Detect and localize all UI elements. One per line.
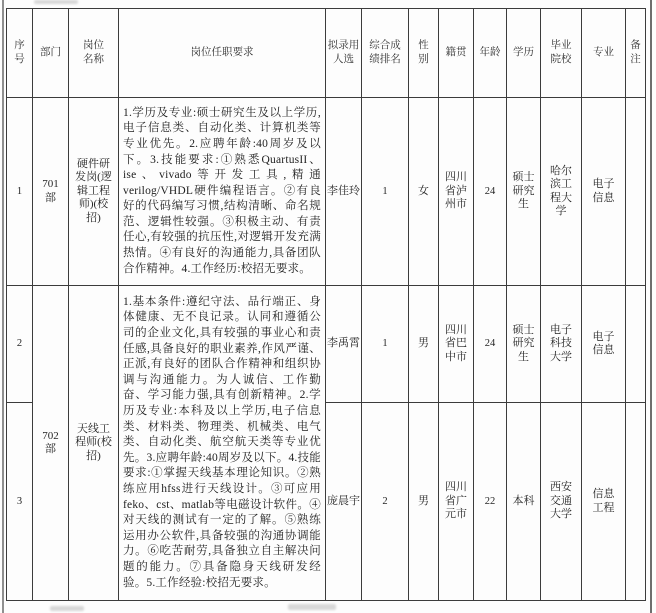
cell-position: 硬件研发岗(逻辑工程师)(校招) — [69, 98, 119, 286]
recruitment-candidates-table: 序 号 部门 岗位 名称 岗位任职要求 拟录用 人选 综合成 绩排名 性 别 籍… — [6, 8, 646, 601]
cell-rank: 1 — [362, 286, 409, 403]
scan-edge-left — [2, 0, 4, 613]
cell-note — [626, 286, 646, 403]
cell-rank: 1 — [362, 98, 409, 286]
cell-rank: 2 — [362, 403, 409, 601]
cell-index: 1 — [7, 98, 33, 286]
cell-education: 硕士研究生 — [507, 98, 541, 286]
col-header-position: 岗位 名称 — [69, 9, 119, 98]
cell-school: 哈尔滨工程大学 — [541, 98, 582, 286]
scanned-document-page: 序 号 部门 岗位 名称 岗位任职要求 拟录用 人选 综合成 绩排名 性 别 籍… — [0, 0, 656, 613]
scan-artifact-bottom-1 — [50, 606, 84, 611]
cell-education: 本科 — [507, 403, 541, 601]
col-header-gender: 性 别 — [409, 9, 439, 98]
cell-requirements-merged: 1.基本条件:遵纪守法、品行端正、身体健康、无不良记录。认同和遵循公司的企业文化… — [119, 286, 326, 601]
col-header-requirements: 岗位任职要求 — [119, 9, 326, 98]
cell-position-merged: 天线工程师(校招) — [69, 286, 119, 601]
cell-candidate: 庞晨宇 — [326, 403, 362, 601]
col-header-note: 备 注 — [626, 9, 646, 98]
col-header-candidate: 拟录用 人选 — [326, 9, 362, 98]
cell-note — [626, 98, 646, 286]
col-header-department: 部门 — [33, 9, 69, 98]
cell-gender: 女 — [409, 98, 439, 286]
col-header-rank: 综合成 绩排名 — [362, 9, 409, 98]
cell-school: 西安交通大学 — [541, 403, 582, 601]
cell-education: 硕士研究生 — [507, 286, 541, 403]
table-row-1: 1 701部 硬件研发岗(逻辑工程师)(校招) 1.学历及专业:硕士研究生及以上… — [7, 98, 646, 286]
col-header-age: 年龄 — [474, 9, 507, 98]
cell-major: 电子信息 — [582, 286, 626, 403]
cell-department: 701部 — [33, 98, 69, 286]
cell-major: 电子信息 — [582, 98, 626, 286]
cell-department-merged: 702部 — [33, 286, 69, 601]
col-header-major: 专业 — [582, 9, 626, 98]
cell-major: 信息工程 — [582, 403, 626, 601]
col-header-education: 学历 — [507, 9, 541, 98]
col-header-school: 毕业 院校 — [541, 9, 582, 98]
cell-note — [626, 403, 646, 601]
cell-gender: 男 — [409, 403, 439, 601]
cell-index: 2 — [7, 286, 33, 403]
scan-artifact-top — [34, 0, 78, 4]
cell-age: 24 — [474, 98, 507, 286]
table-header-row: 序 号 部门 岗位 名称 岗位任职要求 拟录用 人选 综合成 绩排名 性 别 籍… — [7, 9, 646, 98]
table-row-2: 2 702部 天线工程师(校招) 1.基本条件:遵纪守法、品行端正、身体健康、无… — [7, 286, 646, 403]
col-header-index: 序 号 — [7, 9, 33, 98]
cell-school: 电子科技大学 — [541, 286, 582, 403]
cell-age: 24 — [474, 286, 507, 403]
col-header-hometown: 籍贯 — [439, 9, 474, 98]
scan-artifact-bottom-2 — [288, 604, 336, 610]
cell-hometown: 四川省巴中市 — [439, 286, 474, 403]
cell-candidate: 李佳玲 — [326, 98, 362, 286]
cell-age: 22 — [474, 403, 507, 601]
cell-hometown: 四川省泸州市 — [439, 98, 474, 286]
cell-index: 3 — [7, 403, 33, 601]
cell-hometown: 四川省广元市 — [439, 403, 474, 601]
scan-edge-right — [650, 0, 652, 613]
cell-requirements: 1.学历及专业:硕士研究生及以上学历,电子信息类、自动化类、计算机类等专业优先。… — [119, 98, 326, 286]
cell-gender: 男 — [409, 286, 439, 403]
cell-candidate: 李禹霄 — [326, 286, 362, 403]
